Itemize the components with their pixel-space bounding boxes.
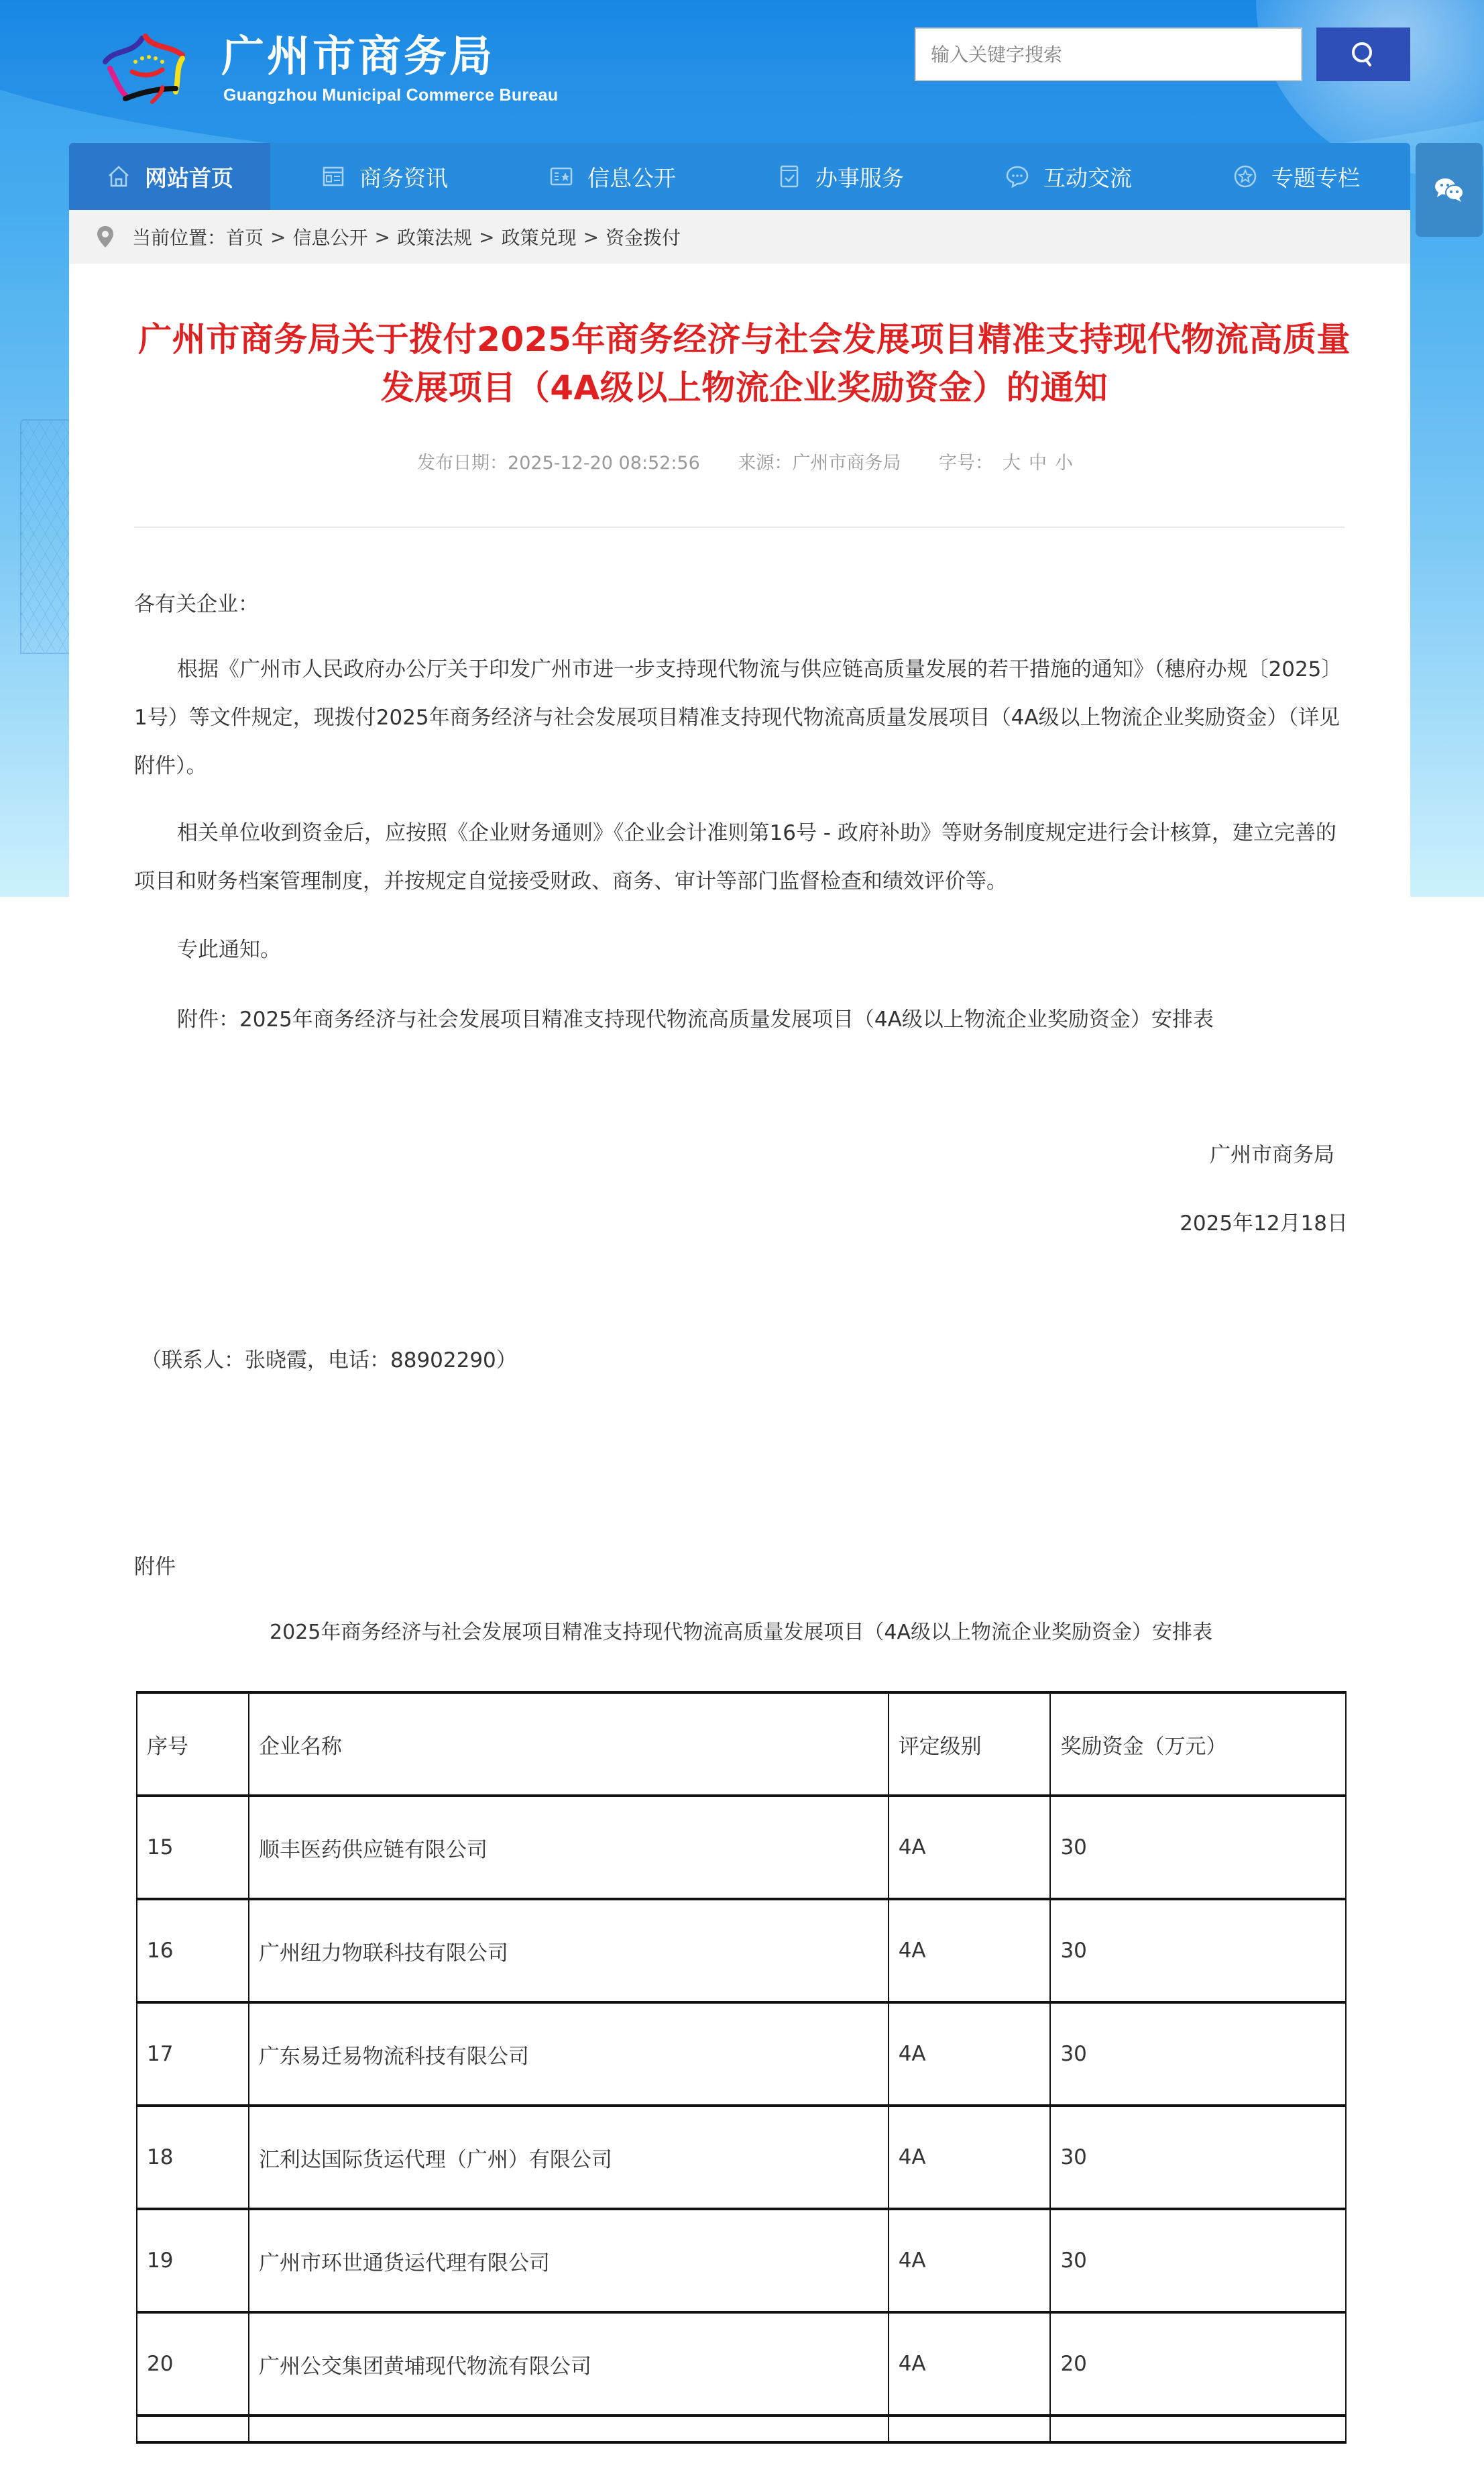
award-table: 序号 企业名称 评定级别 奖励资金（万元） 15 顺丰医药供应链有限公司 4A … bbox=[136, 1691, 1347, 2444]
nav-item-label: 网站首页 bbox=[145, 161, 233, 193]
table-row: 19 广州市环世通货运代理有限公司 4A 30 bbox=[137, 2209, 1346, 2312]
info-card-icon bbox=[549, 164, 574, 189]
article-title: 广州市商务局关于拨付2025年商务经济与社会发展项目精准支持现代物流高质量发展项… bbox=[127, 315, 1361, 412]
font-size-large[interactable]: 大 bbox=[1003, 453, 1021, 474]
cell-level: 4A bbox=[889, 1796, 1051, 1899]
breadcrumb-separator: > bbox=[583, 226, 598, 248]
cell-seq: 19 bbox=[137, 2209, 249, 2312]
search-button[interactable] bbox=[1316, 28, 1410, 81]
header-seq: 序号 bbox=[137, 1692, 249, 1796]
cell-award: 30 bbox=[1050, 1899, 1346, 2002]
breadcrumb-prefix: 当前位置： bbox=[132, 223, 226, 250]
table-row: 16 广州纽力物联科技有限公司 4A 30 bbox=[137, 1899, 1346, 2002]
cell-company: 顺丰医药供应链有限公司 bbox=[249, 1796, 889, 1899]
attachment-label: 附件 bbox=[134, 1543, 1348, 1591]
canton-tower-illustration bbox=[20, 419, 70, 654]
wechat-button[interactable] bbox=[1416, 143, 1483, 237]
paragraph-closing: 专此通知。 bbox=[134, 926, 1348, 974]
cell-empty bbox=[889, 2416, 1051, 2442]
table-row: 18 汇利达国际货运代理（广州）有限公司 4A 30 bbox=[137, 2106, 1346, 2209]
nav-item-label: 办事服务 bbox=[815, 161, 904, 193]
home-icon bbox=[106, 164, 131, 189]
search-input[interactable] bbox=[915, 28, 1302, 81]
site-subtitle: Guangzhou Municipal Commerce Bureau bbox=[223, 86, 558, 105]
font-size-medium[interactable]: 中 bbox=[1029, 453, 1047, 474]
main-nav: 网站首页 商务资讯 信息公开 办事服务 互动交流 专题专栏 bbox=[69, 143, 1410, 210]
source: 来源：广州市商务局 bbox=[738, 453, 901, 474]
cell-seq: 20 bbox=[137, 2312, 249, 2416]
cell-award: 20 bbox=[1050, 2312, 1346, 2416]
nav-item-label: 专题专栏 bbox=[1271, 161, 1360, 193]
cell-award: 30 bbox=[1050, 1796, 1346, 1899]
nav-item-services[interactable]: 办事服务 bbox=[726, 143, 954, 210]
font-size-small[interactable]: 小 bbox=[1055, 453, 1073, 474]
source-label: 来源： bbox=[738, 453, 792, 474]
title-divider bbox=[134, 527, 1345, 528]
breadcrumb-separator: > bbox=[270, 226, 286, 248]
cell-empty bbox=[249, 2416, 889, 2442]
table-row: 17 广东易迁易物流科技有限公司 4A 30 bbox=[137, 2002, 1346, 2106]
salutation: 各有关企业： bbox=[134, 580, 1348, 629]
breadcrumb-separator: > bbox=[479, 226, 494, 248]
cell-seq: 16 bbox=[137, 1899, 249, 2002]
source-value: 广州市商务局 bbox=[792, 453, 901, 474]
site-title[interactable]: 广州市商务局 bbox=[221, 30, 495, 84]
cell-level: 4A bbox=[889, 2106, 1051, 2209]
nav-item-news[interactable]: 商务资讯 bbox=[270, 143, 498, 210]
breadcrumb-home[interactable]: 首页 bbox=[226, 223, 264, 250]
publish-date-value: 2025-12-20 08:52:56 bbox=[508, 453, 700, 474]
star-badge-icon bbox=[1233, 164, 1258, 189]
breadcrumb-policy-fulfillment[interactable]: 政策兑现 bbox=[501, 223, 576, 250]
cell-company: 广州公交集团黄埔现代物流有限公司 bbox=[249, 2312, 889, 2416]
breadcrumb-fund-allocation[interactable]: 资金拨付 bbox=[606, 223, 681, 250]
article-meta: 发布日期：2025-12-20 08:52:56 来源：广州市商务局 字号：大中… bbox=[127, 448, 1361, 474]
nav-item-label: 商务资讯 bbox=[359, 161, 448, 193]
nav-item-info-public[interactable]: 信息公开 bbox=[498, 143, 726, 210]
table-row-partial bbox=[137, 2416, 1346, 2442]
cell-award: 30 bbox=[1050, 2106, 1346, 2209]
breadcrumb-info-public[interactable]: 信息公开 bbox=[293, 223, 368, 250]
breadcrumb: 当前位置： 首页 > 信息公开 > 政策法规 > 政策兑现 > 资金拨付 bbox=[69, 210, 1410, 264]
nav-item-home[interactable]: 网站首页 bbox=[69, 143, 270, 210]
paragraph-1: 根据《广州市人民政府办公厅关于印发广州市进一步支持现代物流与供应链高质量发展的若… bbox=[134, 645, 1348, 790]
checklist-icon bbox=[777, 164, 802, 189]
header-company: 企业名称 bbox=[249, 1692, 889, 1796]
table-header-row: 序号 企业名称 评定级别 奖励资金（万元） bbox=[137, 1692, 1346, 1796]
table-row: 15 顺丰医药供应链有限公司 4A 30 bbox=[137, 1796, 1346, 1899]
nav-item-label: 信息公开 bbox=[587, 161, 676, 193]
publish-date: 发布日期：2025-12-20 08:52:56 bbox=[417, 453, 700, 474]
cell-level: 4A bbox=[889, 2312, 1051, 2416]
publish-date-label: 发布日期： bbox=[417, 453, 508, 474]
breadcrumb-policy-regulations[interactable]: 政策法规 bbox=[397, 223, 472, 250]
news-icon bbox=[321, 164, 346, 189]
breadcrumb-separator: > bbox=[375, 226, 390, 248]
location-pin-icon bbox=[96, 225, 115, 249]
cell-level: 4A bbox=[889, 2002, 1051, 2106]
bureau-logo[interactable] bbox=[95, 28, 196, 109]
signature: 广州市商务局 bbox=[134, 1131, 1348, 1179]
cell-company: 广州市环世通货运代理有限公司 bbox=[249, 2209, 889, 2312]
cell-company: 汇利达国际货运代理（广州）有限公司 bbox=[249, 2106, 889, 2209]
cell-level: 4A bbox=[889, 1899, 1051, 2002]
logo-icon bbox=[95, 28, 196, 109]
paragraph-2: 相关单位收到资金后，应按照《企业财务通则》《企业会计准则第16号 - 政府补助》… bbox=[134, 809, 1348, 906]
sign-date: 2025年12月18日 bbox=[134, 1199, 1348, 1248]
contact-info: （联系人：张晓霞，电话：88902290） bbox=[141, 1336, 1355, 1385]
attachment-reference[interactable]: 附件：2025年商务经济与社会发展项目精准支持现代物流高质量发展项目（4A级以上… bbox=[134, 995, 1348, 1044]
cell-award: 30 bbox=[1050, 2002, 1346, 2106]
nav-item-special-topics[interactable]: 专题专栏 bbox=[1182, 143, 1410, 210]
cell-award: 30 bbox=[1050, 2209, 1346, 2312]
chat-bubble-icon bbox=[1005, 164, 1030, 189]
cell-seq: 18 bbox=[137, 2106, 249, 2209]
cell-company: 广州纽力物联科技有限公司 bbox=[249, 1899, 889, 2002]
table-title: 2025年商务经济与社会发展项目精准支持现代物流高质量发展项目（4A级以上物流企… bbox=[134, 1615, 1348, 1645]
cell-seq: 15 bbox=[137, 1796, 249, 1899]
cell-empty bbox=[1050, 2416, 1346, 2442]
cell-company: 广东易迁易物流科技有限公司 bbox=[249, 2002, 889, 2106]
cell-seq: 17 bbox=[137, 2002, 249, 2106]
header-level: 评定级别 bbox=[889, 1692, 1051, 1796]
cell-level: 4A bbox=[889, 2209, 1051, 2312]
cell-empty bbox=[137, 2416, 249, 2442]
header-award: 奖励资金（万元） bbox=[1050, 1692, 1346, 1796]
nav-item-interaction[interactable]: 互动交流 bbox=[954, 143, 1182, 210]
search-icon bbox=[1349, 40, 1378, 69]
nav-item-label: 互动交流 bbox=[1043, 161, 1132, 193]
table-row: 20 广州公交集团黄埔现代物流有限公司 4A 20 bbox=[137, 2312, 1346, 2416]
wechat-icon bbox=[1432, 175, 1466, 205]
font-size-label: 字号： bbox=[939, 453, 993, 474]
